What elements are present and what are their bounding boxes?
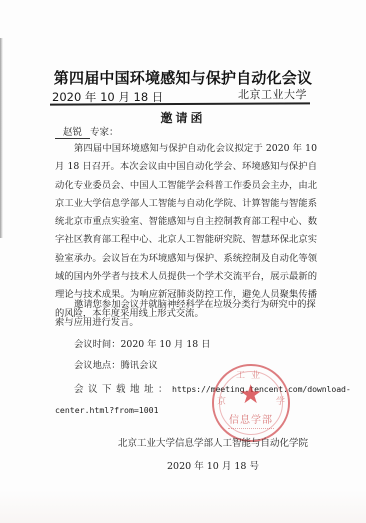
recipient-name: 赵锐 [55,124,90,139]
seal-left-text: 京 [217,394,226,407]
star-icon: ★ [239,382,262,408]
body-paragraph-2: 邀请您参加会议并就脑神经科学在垃圾分类行为研究中的探索与应用进行发言。 [55,296,317,333]
signature-date: 2020 年 10 月 18 号 [0,458,366,472]
seal-right-text: 学 [276,394,285,407]
seal-serial-dots [228,428,274,430]
official-seal: 工业 京 学 ★ 信息学部 [212,364,290,442]
scan-bottom-shade [0,490,366,523]
salutation: 赵锐专家： [55,124,119,139]
seal-bottom-text: 信息学部 [214,411,288,426]
download-url-line2[interactable]: center.html?from=1001 [55,405,159,415]
invitation-letter-page: 第四届中国环境感知与保护自动化会议 2020 年 10 月 18 日 北京工业大… [0,0,366,523]
conference-title: 第四届中国环境感知与保护自动化会议 [0,67,366,88]
signature-organization: 北京工业大学信息学部人工智能与自动化学院 [0,435,366,449]
meeting-place: 会议地点：腾讯会议 [74,357,158,371]
download-label: 会议下载地址： [74,384,172,395]
salutation-suffix: 专家： [90,127,119,138]
meeting-time: 会议时间：2020 年 10 月 18 日 [74,336,210,350]
letterhead-organization: 北京工业大学 [238,86,307,102]
